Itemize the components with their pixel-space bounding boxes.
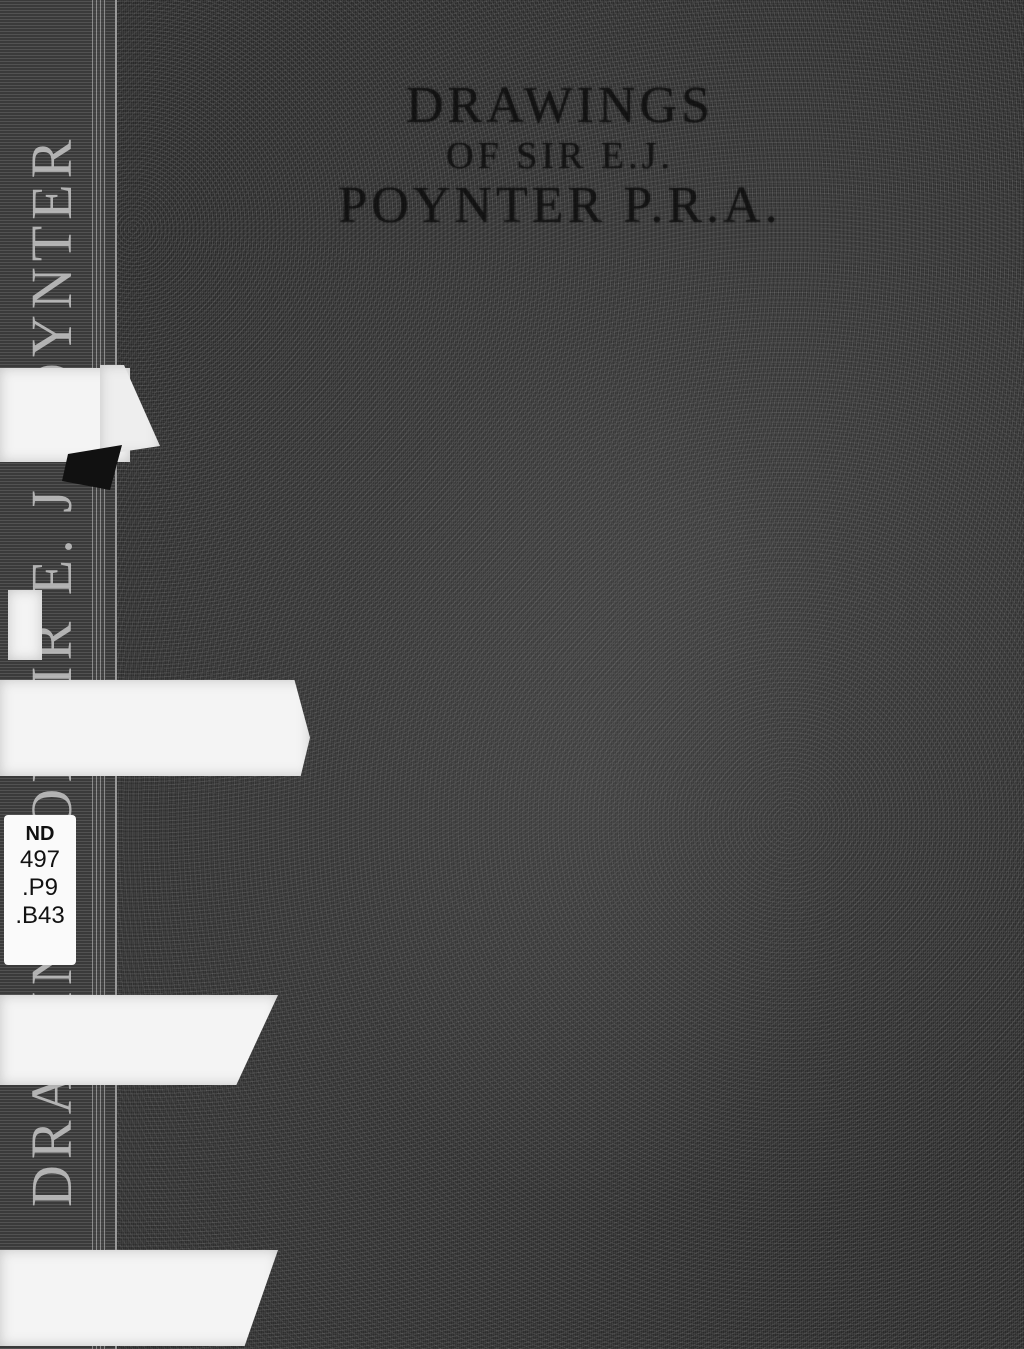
spine-band [92,0,106,1349]
cover-title-line-3: POYNTER P.R.A. [300,178,820,234]
book-cover: DRAWINGS OF SIR E.J. POYNTER P.R.A. DRAW… [0,0,1024,1349]
tape-strip [0,995,278,1085]
call-number-line: 497 [4,846,76,874]
tape-strip [0,1250,278,1346]
tape-strip [0,680,310,776]
tape-fragment [8,590,42,660]
call-number-label: ND 497 .P9 .B43 [4,815,76,965]
call-number-class: ND [4,823,76,846]
call-number-line: .P9 [4,874,76,902]
book-spine: DRAWINGS OF SIR E. J. POYNTER [0,0,117,1349]
spine-title: DRAWINGS OF SIR E. J. POYNTER [18,20,88,1320]
cover-title-line-2: OF SIR E.J. [300,134,820,178]
faint-embossed-figure [330,330,850,1230]
cover-title-line-1: DRAWINGS [300,78,820,134]
call-number-line: .B43 [4,902,76,930]
cover-title: DRAWINGS OF SIR E.J. POYNTER P.R.A. [300,78,820,234]
